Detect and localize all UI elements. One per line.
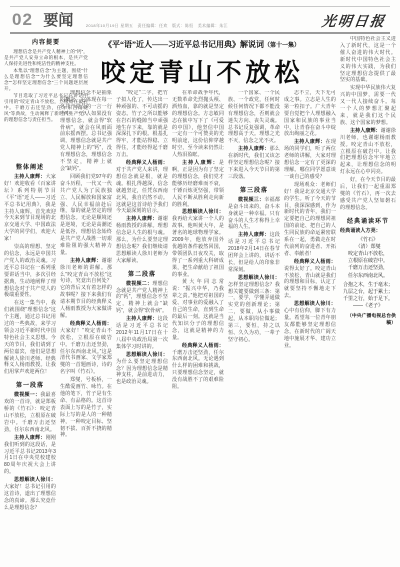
speaker-label: 思想解读人徐川： <box>294 301 336 307</box>
text-column-7: 中国特色社会主义进入了新时代，这是一个催人奋进的伟大时代。新时代中国特色社会主义… <box>340 36 396 562</box>
text-column-3: “咬定”二字，把竹子拟人化了，传达出一种顽强的、不可动摇的姿态。竹子之所以能够在… <box>116 90 168 562</box>
source-credit: （中央广播电视总台供稿） <box>340 314 396 328</box>
body-paragraph: “咬定”二字，把竹子拟人化了，传达出一种顽强的、不可动摇的姿态。竹子之所以能够在… <box>116 90 168 159</box>
speaker-paragraph: 经典诵读人方亮： <box>340 228 396 235</box>
body-paragraph: 崇高的理想、坚定的信念，永远是中国共产党人的政治灵魂。习近平总书记在一系列重要讲… <box>4 244 56 299</box>
headline-block: 《平“语”近人——习近平总书记用典》解说词（第十一集） 咬定青山不放松 <box>92 36 312 86</box>
page-number: 02 <box>12 10 33 29</box>
dateline: 2018年10月19日 星期五 责任编辑：任欢 版式：陈恒 美术编辑：朱江 <box>86 23 228 28</box>
speaker-paragraph: 思想解读人徐川：大家好！总书记引用的这首诗，道出了理想信念的真谛。那么究竟什么是… <box>4 477 56 512</box>
section-header: 整体阐述 <box>4 162 56 171</box>
speaker-label: 主持人康辉： <box>14 174 46 180</box>
section-header: 第一段落 <box>4 380 56 389</box>
text-column-6: 志不立，天下无可成之事。立志是人生的第一粒扣子。广大青年要自觉把个人理想融入国家… <box>284 90 336 562</box>
section-header: 经典诵读环节 <box>340 216 396 225</box>
body-paragraph: 本集以“理想信念”为主题，围绕“什么是理想信念”“为什么要坚定理想信念”“怎样坚… <box>4 68 88 92</box>
speaker-label: 经典诵读人方亮： <box>340 228 381 234</box>
speaker-label: 主持人康辉： <box>14 435 46 441</box>
speaker-paragraph: 主持人康辉：这段话是习近平总书记2018年2月14日在春节团拜会上讲的，讲话不长… <box>228 232 280 273</box>
speaker-paragraph: 主持人康辉：是啊，正是因为有了坚定的理想信念，我们党才能够历经磨难而不衰，千锤百… <box>172 160 224 208</box>
newspaper-page: 02 要闻 2018年10月19日 星期五 责任编辑：任欢 版式：陈恒 美术编辑… <box>0 0 400 567</box>
poem-line: （清）郑燮 <box>340 244 396 251</box>
speaker-paragraph: 思想解读人徐川：我再给大家讲一个人的故事。他叫黄大年，是著名的地球物理学家。20… <box>172 209 224 278</box>
speaker-label: 思想解读人徐川： <box>238 275 280 281</box>
poem-recitation: 合抱之木，生于毫末；九层之台，起于累土；千里之行，始于足下。——《老子》 <box>340 282 396 311</box>
speaker-paragraph: 主持人康辉：那么在新时代，我们又该怎样坚定理想信念呢？接下来进入今天节目的第三段… <box>228 146 280 181</box>
body-paragraph: 郑燮，号板桥，一生酷爱画竹、咏竹。在他的笔下，竹子是有生命、有品格的。这首诗表面… <box>60 377 112 439</box>
section-header: 内容提要 <box>4 37 88 46</box>
speaker-label: 主持人康辉： <box>238 146 270 152</box>
speaker-label: 思想解读人徐川： <box>182 209 224 215</box>
speaker-label: 主持人康辉： <box>70 258 102 264</box>
poem-line: 任尔东西南北风。 <box>340 273 396 280</box>
speaker-paragraph: 经典释义人杨雨：千磨万击还坚劲，任尔东西南北风。无论遇到什么样的困难和挑战，只要… <box>172 343 224 391</box>
poem-line: 《竹石》 <box>340 237 396 244</box>
top-rule <box>10 6 390 7</box>
speaker-paragraph: 思想解读人徐川：怎样坚定理想信念？我想关键要做到三条：第一，要学，学懂弄通做实党… <box>228 275 280 344</box>
body-paragraph: 回顾我们党97年的奋斗历程，一代又一代共产党人为了民族独立、人民解放和国家富强、… <box>60 174 112 257</box>
speaker-label: 主持人康辉： <box>126 316 158 322</box>
main-title: 咬定青山不放松 <box>92 53 312 86</box>
poem-line: 合抱之木，生于毫末； <box>340 282 396 289</box>
speaker-label: 主持人康辉： <box>238 232 270 238</box>
header-rule <box>10 32 390 34</box>
speaker-paragraph: 主持人康辉：在现场的同学们，听了两位老师的讲解，大家对理想信念一定有了更深的理解… <box>284 139 336 180</box>
speaker-paragraph: 经典释义人杨雨：大家好！“咬定青山不放松，立根原在破岩中。千磨万击还坚劲，任尔东… <box>60 321 112 376</box>
speaker-label: 微视频三： <box>238 197 264 203</box>
speaker-paragraph: 思想解读人徐川：心中有信仰，脚下有力量。希望每一位青年朋友都能够坚定理想信念，在… <box>284 301 336 349</box>
poem-line: ——《老子》 <box>340 303 396 310</box>
kicker-episode-note: （第十一集） <box>264 43 300 49</box>
speaker-label: 主持人康辉： <box>350 128 381 134</box>
speaker-label: 主持人康辉： <box>294 139 326 145</box>
body-paragraph: 现场观众：老师们好！我是北京交通大学的学生。听了今天的节目，我深深感到，作为新时… <box>284 182 336 258</box>
speaker-paragraph: 经典释义人杨雨：对于共产党人来讲，理想信念就是根，就是魂。根扎得越深，信念就越坚… <box>116 160 168 215</box>
speaker-label: 思想解读人徐川： <box>126 352 168 358</box>
speaker-label: 主持人康辉： <box>126 216 158 222</box>
text-column-1: 整体阐述主持人康辉：大家好！欢迎收看《百家讲坛》系列特别节目《平“语”近人——习… <box>4 158 56 562</box>
text-column-5: 一个国家、一个民族、一个政党，任何时候任何情况下都不能没有理想信念，否则就会迷失… <box>228 90 280 562</box>
body-paragraph: 一个国家、一个民族、一个政党，任何时候任何情况下都不能没有理想信念，否则就会迷失… <box>228 90 280 145</box>
text-column-4: 在革命战争年代，无数革命先烈抛头颅、洒热血，靠的就是坚定的理想信念。方志敏同志在… <box>172 90 224 562</box>
speaker-label: 经典释义人杨雨： <box>182 343 224 349</box>
section-header: 第二段落 <box>116 269 168 278</box>
poem-line: 千磨万击还坚劲， <box>340 265 396 272</box>
speaker-paragraph: 主持人康辉：谢谢徐川老师的讲解。那么“咬定青山不放松”这句诗，究竟出自何处？它的… <box>60 258 112 320</box>
speaker-label: 微视频二： <box>126 281 152 287</box>
body-paragraph: 好，在今天节目的最后，让我们一起重温郑燮的《竹石》，再一次去感受共产党人坚如磐石… <box>340 177 396 212</box>
speaker-label: 经典释义人杨雨： <box>70 321 112 327</box>
body-paragraph: 中国特色社会主义进入了新时代，这是一个催人奋进的伟大时代。新时代中国特色社会主义… <box>340 36 396 84</box>
speaker-paragraph: 主持人康辉：谢谢杨雨教授的讲解。理想信念是人生的根与魂。那么，为什么要坚定理想信… <box>116 216 168 264</box>
speaker-label: 思想解读人徐川： <box>14 477 56 483</box>
speaker-label: 主持人康辉： <box>182 160 219 166</box>
kicker-text: 《平“语”近人——习近平总书记用典》解说词 <box>104 40 264 49</box>
body-paragraph: 理想信念不是抽象的概念，它体现在每一名共产党员的一言一行当中。一个人如果没有理想… <box>60 90 112 173</box>
speaker-label: 经典释义人杨雨： <box>126 160 168 166</box>
body-paragraph: 理想信念是共产党人精神上的“钙”，是共产党人安身立命的根本，是共产党人保持先进性… <box>4 49 88 67</box>
section-title: 要闻 <box>43 13 73 29</box>
speaker-paragraph: 微视频三：幸福都是奋斗出来的，奋斗本身就是一种幸福。只有奋斗的人生才称得上幸福的… <box>228 197 280 232</box>
body-paragraph: 在革命战争年代，无数革命先烈抛头颅、洒热血，靠的就是坚定的理想信念。方志敏同志在… <box>172 90 224 159</box>
speaker-paragraph: 主持人康辉：这段话是习近平总书记2012年11月17日在十八届中央政治局第一次集… <box>116 316 168 351</box>
speaker-label: 微视频一： <box>14 392 40 398</box>
speaker-paragraph: 经典释义人杨雨：说得太好了。咬定青山不放松，青山就是我们的理想和目标，认定了就要… <box>284 259 336 300</box>
speaker-paragraph: 主持人康辉：大家好！欢迎收看《百家讲坛》系列特别节目《平“语”近人——习近平总书… <box>4 174 56 243</box>
body-paragraph: 实现中华民族伟大复兴的中国梦，需要一代又一代人接续奋斗。每一个人的梦想汇聚起来，… <box>340 85 396 126</box>
body-paragraph: 志不立，天下无可成之事。立志是人生的第一粒扣子。广大青年要自觉把个人理想融入国家… <box>284 90 336 138</box>
speaker-paragraph: 微视频二：理想信念就是共产党人精神上的“钙”，理想信念不坚定，精神上就会“缺钙”… <box>116 281 168 316</box>
page-body: 内容提要理想信念是共产党人精神上的“钙”，是共产党人安身立命的根本，是共产党人保… <box>0 36 400 562</box>
speaker-paragraph: 思想解读人徐川：为什么要坚定理想信念？因为理想信念是精神支柱，是前进动力，也是政… <box>116 352 168 387</box>
body-paragraph: 在这一集当中，我们就围绕“理想信念”这个主题，通过总书记用过的一些典故，来学习领… <box>4 300 56 376</box>
speaker-paragraph: 微视频一：我最喜欢的一首诗，就是郑板桥的《竹石》：咬定青山不放松，立根原在破岩中… <box>4 392 56 433</box>
section-header: 第三段落 <box>228 185 280 194</box>
masthead-logo: 光明日报 <box>321 11 388 31</box>
speaker-paragraph: 主持人康辉：谢谢徐川老师，也谢谢杨雨教授。咬定青山不放松，立根原在破岩中。让我们… <box>340 128 396 176</box>
speaker-label: 经典释义人杨雨： <box>294 259 336 265</box>
text-column-2: 理想信念不是抽象的概念，它体现在每一名共产党员的一言一行当中。一个人如果没有理想… <box>60 90 112 562</box>
page-header: 02 要闻 2018年10月19日 星期五 责任编辑：任欢 版式：陈恒 美术编辑… <box>12 9 388 31</box>
headline-kicker: 《平“语”近人——习近平总书记用典》解说词（第十一集） <box>92 39 312 50</box>
poem-recitation: 《竹石》（清）郑燮咬定青山不放松，立根原在破岩中。千磨万击还坚劲，任尔东西南北风… <box>340 237 396 280</box>
body-paragraph: 黄大年同志常说：“振兴中华，乃我辈之责。”他把对祖国的爱、对事业的爱融入了自己的… <box>172 279 224 341</box>
speaker-paragraph: 主持人康辉：刚刚我们听到的这段话，是习近平总书记2013年3月1日在中央党校建校… <box>4 435 56 476</box>
